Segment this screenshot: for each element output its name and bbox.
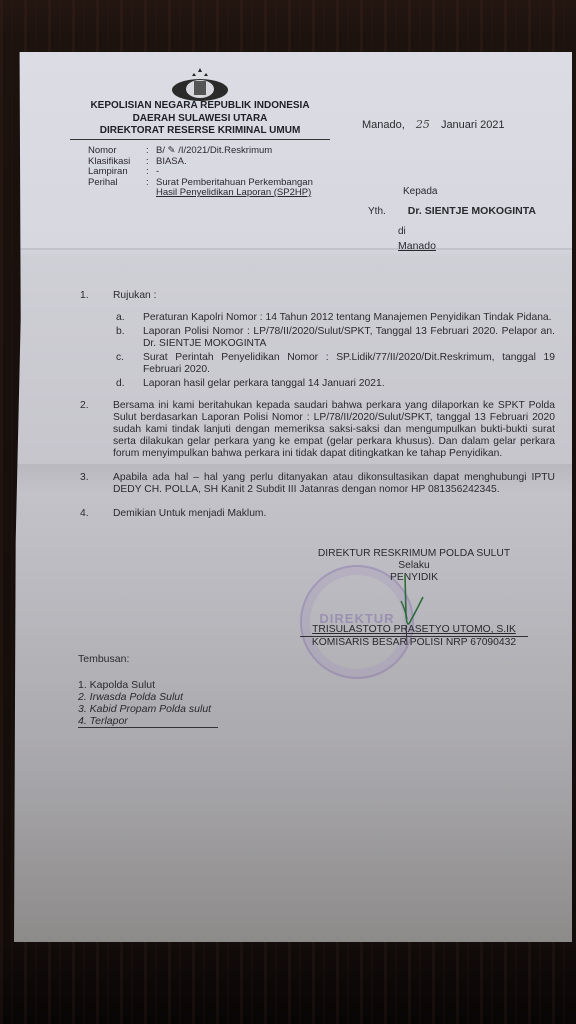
letter-metadata: Nomor:B/ ✎ /I/2021/Dit.Reskrimum Klasifi… [88, 146, 313, 199]
police-emblem-icon [170, 68, 230, 102]
letterhead-line: KEPOLISIAN NEGARA REPUBLIK INDONESIA [70, 100, 330, 113]
cc-list: 1. Kapolda Sulut 2. Irwasda Polda Sulut … [78, 679, 218, 728]
letter-number: B/ ✎ /I/2021/Dit.Reskrimum [156, 146, 313, 157]
reference-item: c.Surat Perintah Penyelidikan Nomor : SP… [113, 352, 555, 376]
letterhead-line: DAERAH SULAWESI UTARA [70, 113, 330, 126]
body-item: 4. Demikian Untuk menjadi Maklum. [80, 508, 555, 520]
letter-date: Manado, 25 Januari 2021 [362, 118, 505, 131]
recipient-di: di [398, 226, 406, 237]
letter-body: 1. Rujukan : a.Peraturan Kapolri Nomor :… [80, 290, 555, 528]
handwritten-day: 25 [416, 118, 430, 131]
paper-fold [14, 248, 572, 250]
letterhead-line: DIREKTORAT RESERSE KRIMINAL UMUM [70, 125, 330, 140]
handwritten-signature-icon [395, 575, 435, 645]
reference-item: b.Laporan Polisi Nomor : LP/78/II/2020/S… [113, 326, 555, 350]
reference-item: a.Peraturan Kapolri Nomor : 14 Tahun 201… [113, 312, 555, 324]
body-item: 1. Rujukan : a.Peraturan Kapolri Nomor :… [80, 290, 555, 390]
letterhead: KEPOLISIAN NEGARA REPUBLIK INDONESIA DAE… [70, 100, 330, 140]
cc-item: 1. Kapolda Sulut [78, 679, 218, 691]
cc-item: 4. Terlapor [78, 715, 218, 728]
letter-subject: Surat Pemberitahuan PerkembanganHasil Pe… [156, 178, 313, 199]
recipient-line: Yth.Dr. SIENTJE MOKOGINTA [368, 205, 536, 217]
reference-item: d.Laporan hasil gelar perkara tanggal 14… [113, 378, 555, 390]
recipient-kepada: Kepada [403, 186, 437, 197]
cc-item: 2. Irwasda Polda Sulut [78, 691, 218, 703]
recipient-place: Manado [398, 240, 436, 252]
body-item: 2. Bersama ini kami beritahukan kepada s… [80, 400, 555, 460]
cc-item: 3. Kabid Propam Polda sulut [78, 703, 218, 715]
recipient-name: Dr. SIENTJE MOKOGINTA [408, 205, 536, 217]
carbon-copy: Tembusan: 1. Kapolda Sulut 2. Irwasda Po… [78, 653, 218, 728]
body-item: 3. Apabila ada hal – hal yang perlu dita… [80, 472, 555, 496]
